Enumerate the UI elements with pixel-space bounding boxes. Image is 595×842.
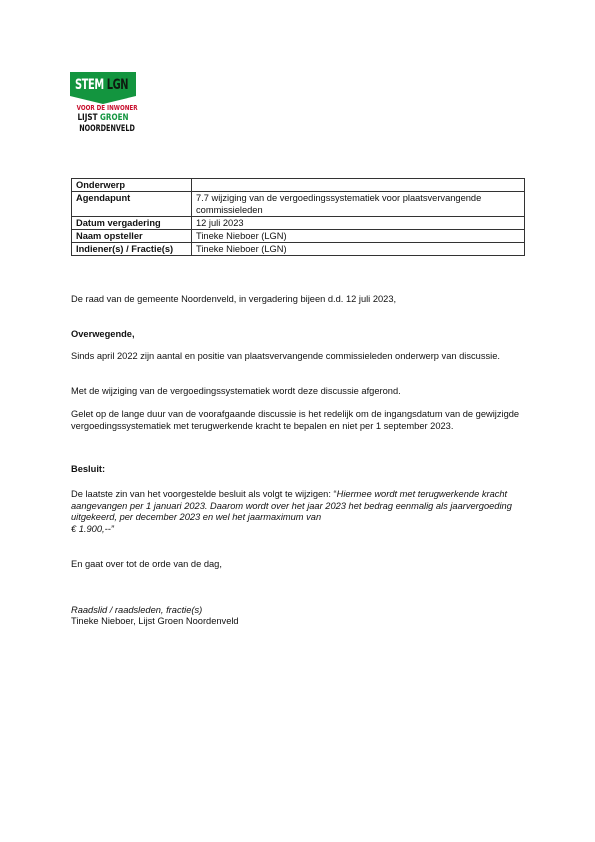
decision-amount: € 1.900,--” [71, 524, 114, 534]
logo-stem-text: STEM [75, 77, 104, 93]
row-value: 7.7 wijziging van de vergoedingssystemat… [192, 192, 525, 217]
logo-tagline: VOOR DE INWONER [77, 104, 130, 112]
table-row: Datum vergadering 12 juli 2023 [72, 217, 525, 230]
closing-line: En gaat over tot de orde van de dag, [71, 559, 531, 571]
signature-name: Tineke Nieboer, Lijst Groen Noordenveld [71, 616, 531, 628]
motion-metadata-table: Onderwerp Agendapunt 7.7 wijziging van d… [71, 178, 525, 256]
row-value [192, 179, 525, 192]
signature-role: Raadslid / raadsleden, fractie(s) [71, 605, 531, 617]
consideration-3: Gelet op de lange duur van de voorafgaan… [71, 409, 526, 432]
row-value: Tineke Nieboer (LGN) [192, 243, 525, 256]
row-value: Tineke Nieboer (LGN) [192, 230, 525, 243]
decision-lead: De laatste zin van het voorgestelde besl… [71, 489, 337, 499]
logo-party-name: LIJST GROEN [77, 113, 130, 123]
logo-banner-point [70, 96, 136, 104]
table-row: Agendapunt 7.7 wijziging van de vergoedi… [72, 192, 525, 217]
logo-lgn-text: LGN [107, 77, 128, 93]
logo-municipality: NOORDENVELD [79, 124, 127, 134]
intro-paragraph: De raad van de gemeente Noordenveld, in … [71, 294, 531, 306]
table-row: Indiener(s) / Fractie(s) Tineke Nieboer … [72, 243, 525, 256]
table-row: Naam opsteller Tineke Nieboer (LGN) [72, 230, 525, 243]
decision-heading: Besluit: [71, 464, 531, 476]
row-value: 12 juli 2023 [192, 217, 525, 230]
row-label: Naam opsteller [72, 230, 192, 243]
row-label: Onderwerp [72, 179, 192, 192]
considering-heading: Overwegende, [71, 329, 531, 341]
consideration-2: Met de wijziging van de vergoedingssyste… [71, 386, 531, 398]
row-label: Agendapunt [72, 192, 192, 217]
row-label: Indiener(s) / Fractie(s) [72, 243, 192, 256]
row-label: Datum vergadering [72, 217, 192, 230]
party-logo: STEM LGN VOOR DE INWONER LIJST GROEN NOO… [70, 72, 136, 138]
consideration-1: Sinds april 2022 zijn aantal en positie … [71, 351, 516, 363]
table-row: Onderwerp [72, 179, 525, 192]
decision-paragraph: De laatste zin van het voorgestelde besl… [71, 489, 526, 535]
